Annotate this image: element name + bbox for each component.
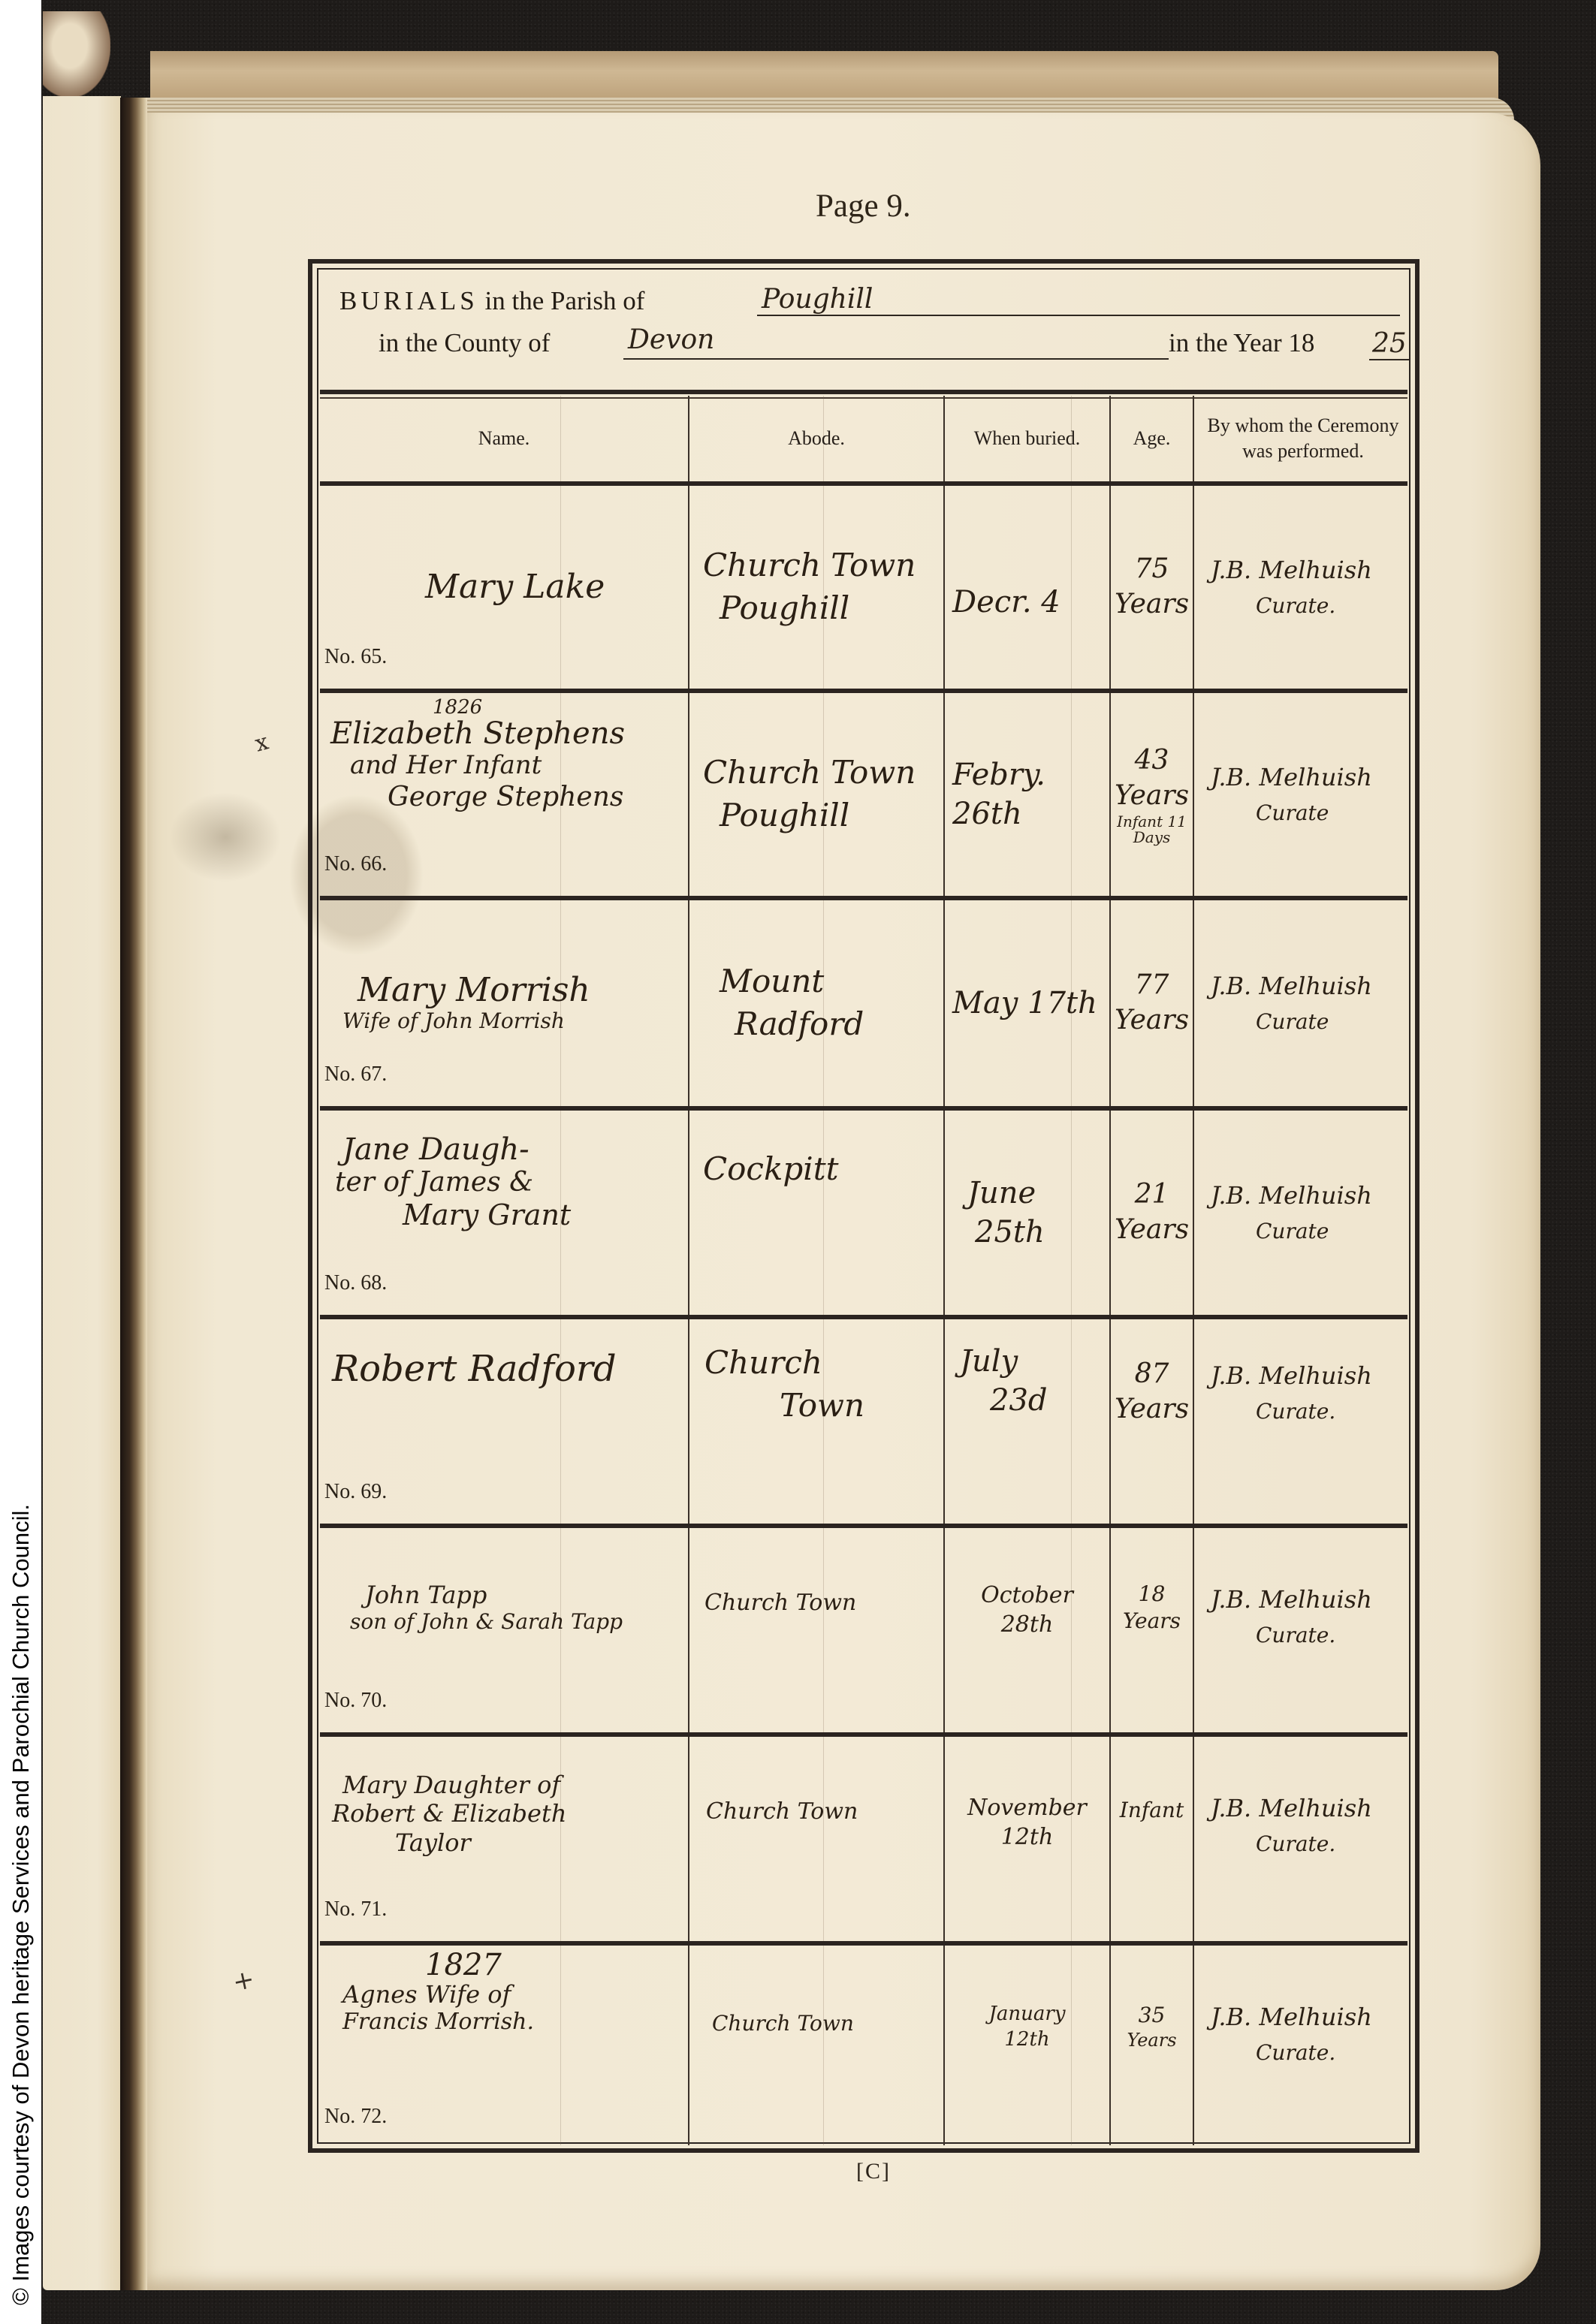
entry-when-buried: January [945,2002,1109,2027]
entry-officiant-cell: J.B. Melhuish Curate. [1194,1737,1412,1941]
entry-abode-cell: Mount Radford [689,900,943,1106]
entry-number: No. 66. [324,852,387,876]
entry-age-cell: 87 Years [1111,1319,1193,1524]
entry-age-cell: 43 Years Infant 11 Days [1111,693,1193,896]
entry-when-buried: May 17th [945,984,1109,1023]
facing-page-edge [43,96,121,2290]
year-label: in the Year 18 [1169,328,1314,358]
entry-age: 35 [1111,2002,1193,2029]
entry-name-line: ter of James & [320,1166,688,1198]
paper-stain [169,792,282,882]
entry-age: 87 [1111,1357,1193,1392]
entry-age: 75 [1111,552,1193,587]
entry-when-buried-day: 28th [945,1610,1109,1639]
copyright-credit: © Images courtesy of Devon heritage Serv… [8,1504,35,2305]
entry-age-unit: Years [1111,1608,1193,1635]
entry-name-line: Wife of John Morrish [320,1008,688,1034]
entry-abode: Cockpitt [689,1148,943,1191]
entry-when-cell: Decr. 4 [945,486,1109,689]
entry-name-line: George Stephens [320,781,688,813]
burials-heading: BURIALS [339,286,478,315]
entry-number: No. 65. [324,645,387,669]
entry-when-cell: May 17th [945,900,1109,1106]
entry-name-line: Mary Grant [320,1198,688,1233]
entry-when-buried: June [945,1174,1109,1213]
entry-officiant-cell: J.B. Melhuish Curate. [1194,486,1412,689]
entry-abode-cell: Church Town [689,1319,943,1524]
entry-when-buried-day: 12th [945,2027,1109,2053]
entry-when-buried-day: 23d [945,1381,1109,1420]
entry-number: No. 67. [324,1063,387,1087]
burial-register-table: BURIALS in the Parish of Poughill in the… [308,259,1420,2153]
book-gutter [120,98,147,2290]
register-entry: 1827 Agnes Wife of Francis Morrish. No. … [312,1946,1415,2148]
entry-name: Agnes Wife of [320,1980,688,2009]
entry-when-cell: June 25th [945,1111,1109,1315]
entry-abode-cell: Church Town [689,1528,943,1732]
register-entry: 1826 Elizabeth Stephens and Her Infant G… [312,693,1415,896]
officiant-name: J.B. Melhuish [1211,1177,1412,1215]
entry-age-cell: 21 Years [1111,1111,1193,1315]
officiant-name: J.B. Melhuish [1211,967,1412,1005]
column-header-age: Age. [1111,395,1193,481]
entry-name-line: and Her Infant [320,750,688,781]
entry-name-line: Francis Morrish. [320,2009,688,2036]
entry-age: 21 [1111,1177,1193,1213]
entry-when-cell: October 28th [945,1528,1109,1732]
entry-age: 43 [1111,743,1193,779]
parish-value: Poughill [757,286,1400,316]
printer-signature-mark: [C] [856,2159,891,2184]
entry-age-note: Infant 11 Days [1111,814,1193,846]
entry-abode: Church Town [689,2009,943,2038]
entry-age: 77 [1111,968,1193,1003]
officiant-title: Curate [1211,797,1412,830]
entry-abode: Church [689,1342,943,1385]
register-entry: Mary Morrish Wife of John Morrish No. 67… [312,900,1415,1106]
entry-officiant-cell: J.B. Melhuish Curate [1194,693,1412,896]
officiant-name: J.B. Melhuish [1211,1998,1412,2036]
officiant-name: J.B. Melhuish [1211,1357,1412,1395]
entry-age-unit: Years [1111,1392,1193,1427]
officiant-name: J.B. Melhuish [1211,1789,1412,1828]
entry-abode-cell: Church Town Poughill [689,693,943,896]
entry-name: Mary Lake [320,569,688,605]
entry-officiant-cell: J.B. Melhuish Curate [1194,900,1412,1106]
entry-when-buried: Decr. 4 [945,553,1109,622]
entry-when-buried: July [945,1342,1109,1381]
book-page-stack [150,51,1498,101]
officiant-title: Curate [1211,1215,1412,1249]
register-entry: Mary Lake No. 65. Church Town Poughill D… [312,486,1415,689]
entry-age-cell: Infant [1111,1737,1193,1941]
entry-abode: Church Town [689,1588,943,1619]
entry-abode: Poughill [689,587,943,630]
entry-abode: Church Town [689,544,943,587]
header-top-rule [320,390,1407,394]
entry-when-buried-day: 12th [945,1822,1109,1852]
officiant-name: J.B. Melhuish [1211,758,1412,797]
officiant-title: Curate [1211,1005,1412,1039]
entry-age-cell: 75 Years [1111,486,1193,689]
officiant-name: J.B. Melhuish [1211,1581,1412,1619]
entry-officiant-cell: J.B. Melhuish Curate. [1194,1528,1412,1732]
entry-number: No. 71. [324,1897,387,1922]
officiant-title: Curate. [1211,1619,1412,1653]
year-value: 25 [1369,328,1410,360]
entry-age-cell: 77 Years [1111,900,1193,1106]
column-header-officiant: By whom the Ceremony was performed. [1194,395,1412,481]
entry-when-buried: November [945,1793,1109,1822]
entry-age-unit: Years [1111,587,1193,622]
register-entry: Robert Radford No. 69. Church Town July … [312,1319,1415,1524]
entry-when-buried-day: 25th [945,1213,1109,1252]
entry-abode: Town [689,1385,943,1427]
entry-abode-cell: Church Town [689,1737,943,1941]
entry-age-unit: Years [1111,2029,1193,2052]
entry-name: John Tapp [320,1581,688,1609]
register-entry: John Tapp son of John & Sarah Tapp No. 7… [312,1528,1415,1732]
officiant-title: Curate. [1211,1395,1412,1429]
entry-when-cell: Febry. 26th [945,693,1109,896]
entry-when-cell: July 23d [945,1319,1109,1524]
entry-name-line: Taylor [320,1828,688,1857]
entry-name: Mary Morrish [320,972,688,1008]
entry-abode: Church Town [689,1797,943,1828]
entry-abode-cell: Church Town [689,1946,943,2148]
entry-year-annotation: 1827 [320,1950,688,1980]
officiant-title: Curate. [1211,589,1412,623]
entry-abode: Poughill [689,794,943,837]
entry-abode-cell: Cockpitt [689,1111,943,1315]
column-header-abode: Abode. [689,395,943,481]
column-header-when-buried: When buried. [945,395,1109,481]
entry-name-line: son of John & Sarah Tapp [320,1609,688,1635]
entry-abode: Mount [689,960,943,1003]
entry-name: Robert Radford [320,1349,688,1389]
entry-when-cell: November 12th [945,1737,1109,1941]
entry-name: Mary Daughter of [320,1771,688,1799]
entry-age-unit: Years [1111,779,1193,814]
register-entry: Jane Daugh- ter of James & Mary Grant No… [312,1111,1415,1315]
credit-strip: © Images courtesy of Devon heritage Serv… [0,0,41,2324]
entry-year-annotation: 1826 [320,698,688,717]
entry-abode: Church Town [689,752,943,794]
entry-name: Elizabeth Stephens [320,717,688,750]
column-header-name: Name. [320,395,688,481]
entry-age-cell: 35 Years [1111,1946,1193,2148]
county-value: Devon [623,327,1169,360]
entry-age-unit: Years [1111,1213,1193,1248]
entry-age: 18 [1111,1581,1193,1608]
entry-name-line: Robert & Elizabeth [320,1799,688,1828]
entry-abode: Radford [689,1003,943,1046]
officiant-name: J.B. Melhuish [1211,551,1412,589]
entry-age: Infant [1111,1797,1193,1824]
torn-page-corner [43,11,110,98]
entry-number: No. 69. [324,1480,387,1504]
entry-when-cell: January 12th [945,1946,1109,2148]
entry-number: No. 68. [324,1271,387,1295]
entry-age-cell: 18 Years [1111,1528,1193,1732]
officiant-title: Curate. [1211,1828,1412,1861]
register-entry: Mary Daughter of Robert & Elizabeth Tayl… [312,1737,1415,1941]
page-number: Page 9. [816,188,911,225]
entry-number: No. 70. [324,1689,387,1713]
officiant-title: Curate. [1211,2036,1412,2070]
title-line-parish: BURIALS in the Parish of [339,286,644,316]
register-title-block: BURIALS in the Parish of Poughill in the… [312,264,1415,391]
parish-label: in the Parish of [485,286,645,315]
entry-age-unit: Years [1111,1003,1193,1038]
entry-officiant-cell: J.B. Melhuish Curate. [1194,1319,1412,1524]
entry-when-buried: October [945,1581,1109,1610]
entry-officiant-cell: J.B. Melhuish Curate. [1194,1946,1412,2148]
entry-officiant-cell: J.B. Melhuish Curate [1194,1111,1412,1315]
entry-number: No. 72. [324,2105,387,2129]
county-label: in the County of [379,328,550,358]
entry-name: Jane Daugh- [320,1133,688,1166]
entry-abode-cell: Church Town Poughill [689,486,943,689]
entry-when-buried: Febry. 26th [945,755,1109,833]
